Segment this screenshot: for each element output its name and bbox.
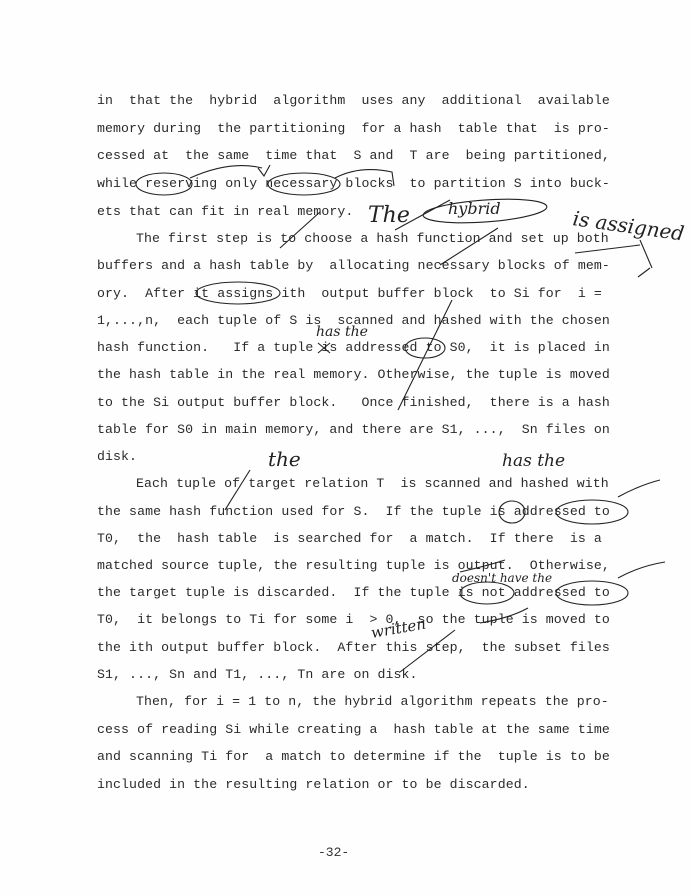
text-line: Then, for i = 1 to n, the hybrid algorit… bbox=[136, 694, 609, 709]
text-line: The first step is to choose a hash funct… bbox=[136, 231, 609, 246]
text-line: in that the hybrid algorithm uses any ad… bbox=[97, 93, 610, 108]
text-line: ory. After it assigns ith output buffer … bbox=[97, 286, 602, 301]
text-line: Each tuple of target relation T is scann… bbox=[136, 476, 609, 491]
text-line: while reserving only necessary blocks to… bbox=[97, 176, 610, 191]
text-line: to the Si output buffer block. Once fini… bbox=[97, 395, 610, 410]
text-line: and scanning Ti for a match to determine… bbox=[97, 749, 610, 764]
text-line: hash function. If a tuple is addressed t… bbox=[97, 340, 610, 355]
document-page: in that the hybrid algorithm uses any ad… bbox=[0, 0, 690, 895]
text-line: included in the resulting relation or to… bbox=[97, 777, 530, 792]
text-line: the hash table in the real memory. Other… bbox=[97, 367, 610, 382]
annotation-the: the bbox=[268, 447, 301, 471]
text-line: ets that can fit in real memory. bbox=[97, 204, 353, 219]
text-line: disk. bbox=[97, 449, 137, 464]
text-line: cess of reading Si while creating a hash… bbox=[97, 722, 610, 737]
text-line: T0, the hash table is searched for a mat… bbox=[97, 531, 602, 546]
annotation-hybrid: hybrid bbox=[448, 199, 501, 218]
annotation-has-the: has the bbox=[502, 451, 565, 471]
text-line: matched source tuple, the resulting tupl… bbox=[97, 558, 610, 573]
text-line: memory during the partitioning for a has… bbox=[97, 121, 610, 136]
text-line: the ith output buffer block. After this … bbox=[97, 640, 610, 655]
page-number: -32- bbox=[318, 845, 349, 860]
text-line: cessed at the same time that S and T are… bbox=[97, 148, 610, 163]
annotation-doesnt-have-the: doesn't have the bbox=[452, 571, 552, 585]
text-line: table for S0 in main memory, and there a… bbox=[97, 422, 610, 437]
text-line: the same hash function used for S. If th… bbox=[97, 504, 610, 519]
text-line: the target tuple is discarded. If the tu… bbox=[97, 585, 610, 600]
text-line: 1,...,n, each tuple of S is scanned and … bbox=[97, 313, 610, 328]
annotation-the: The bbox=[368, 203, 410, 228]
text-line: S1, ..., Sn and T1, ..., Tn are on disk. bbox=[97, 667, 418, 682]
text-line: buffers and a hash table by allocating n… bbox=[97, 258, 610, 273]
text-line: T0, it belongs to Ti for some i > 0, so … bbox=[97, 612, 610, 627]
